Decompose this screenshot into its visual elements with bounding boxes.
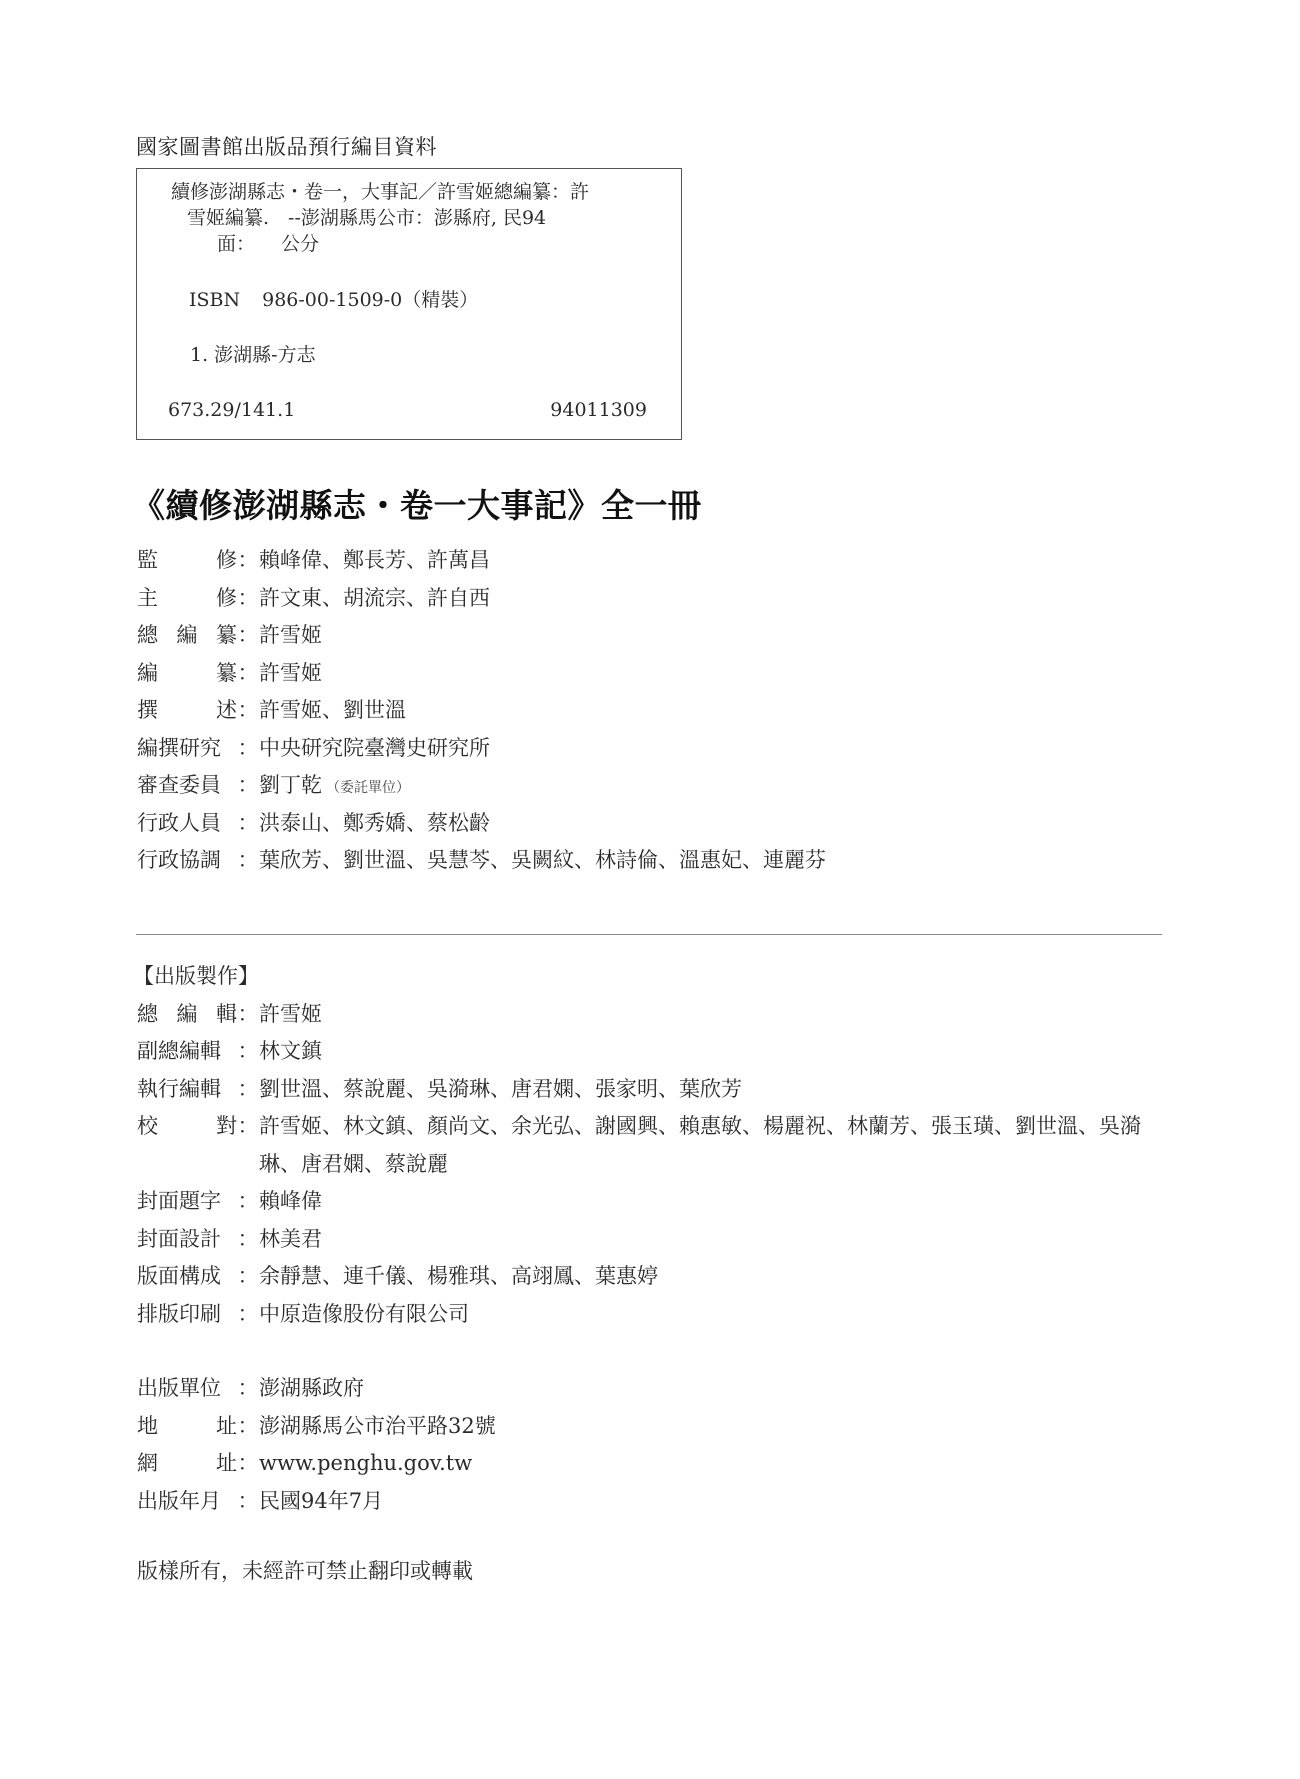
cip-record-number: 94011309	[550, 397, 647, 423]
credit-row-publisher: 出版單位 ： 澎湖縣政府	[137, 1370, 1179, 1408]
credit-value: 葉欣芳、劉世溫、吳慧芩、吳闕紋、林詩倫、溫惠妃、連麗芬	[259, 842, 1179, 880]
credit-value: 澎湖縣政府	[259, 1370, 1179, 1408]
copyright-notice: 版樣所有，未經許可禁止翻印或轉載	[137, 1556, 473, 1586]
credit-row-printing: 排版印刷 ： 中原造像股份有限公司	[137, 1296, 1179, 1334]
credit-row-chief-editors: 主修 ： 許文東、胡流宗、許自西	[137, 580, 1179, 618]
credit-value: 許雪姬	[259, 655, 1179, 693]
publisher-info: 出版單位 ： 澎湖縣政府 地址 ： 澎湖縣馬公市治平路32號 網址 ： www.…	[137, 1370, 1179, 1520]
credit-row-proofreaders: 校對 ： 許雪姬、林文鎮、顏尚文、余光弘、謝國興、賴惠敏、楊麗祝、林蘭芳、張玉璜…	[137, 1108, 1179, 1183]
credit-note: （委託單位）	[326, 780, 410, 796]
credit-label: 編纂	[137, 655, 237, 693]
section-divider	[136, 934, 1162, 935]
credit-label: 行政協調	[137, 842, 237, 880]
credit-label: 副總編輯	[137, 1033, 237, 1071]
credit-value: 劉丁乾（委託單位）	[259, 767, 1179, 808]
credits-main: 監修 ： 賴峰偉、鄭長芳、許萬昌 主修 ： 許文東、胡流宗、許自西 總編纂 ： …	[137, 542, 1179, 880]
credit-row-supervisors: 監修 ： 賴峰偉、鄭長芳、許萬昌	[137, 542, 1179, 580]
credit-row-website: 網址 ： www.penghu.gov.tw	[137, 1445, 1179, 1483]
cip-pages-label: 面：	[217, 233, 255, 255]
credit-value: 許雪姬	[259, 996, 1179, 1034]
credit-row-reviewer: 審查委員 ： 劉丁乾（委託單位）	[137, 767, 1179, 805]
credit-label: 總編纂	[137, 617, 237, 655]
credit-row-research: 編撰研究 ： 中央研究院臺灣史研究所	[137, 730, 1179, 768]
cip-title-line-3: 面：公分	[217, 231, 319, 257]
credit-value: 中原造像股份有限公司	[259, 1296, 1179, 1334]
credit-label: 出版年月	[137, 1483, 237, 1521]
isbn-label: ISBN	[189, 289, 240, 311]
credit-label: 封面設計	[137, 1221, 237, 1259]
credit-value: 澎湖縣馬公市治平路32號	[259, 1408, 1179, 1446]
credit-label: 封面題字	[137, 1183, 237, 1221]
credit-value: 許雪姬、劉世溫	[259, 692, 1179, 730]
credit-value: 許文東、胡流宗、許自西	[259, 580, 1179, 618]
credit-label: 撰述	[137, 692, 237, 730]
website-link[interactable]: www.penghu.gov.tw	[259, 1445, 1179, 1483]
cip-classification: 673.29/141.1	[168, 397, 295, 423]
credit-row-cover-calligraphy: 封面題字 ： 賴峰偉	[137, 1183, 1179, 1221]
credit-row-administrative-staff: 行政人員 ： 洪泰山、鄭秀嬌、蔡松齡	[137, 805, 1179, 843]
credit-label: 執行編輯	[137, 1071, 237, 1109]
credit-row-general-compiler: 總編纂 ： 許雪姬	[137, 617, 1179, 655]
production-credits: 【出版製作】 總編輯 ： 許雪姬 副總編輯 ： 林文鎮 執行編輯 ： 劉世溫、蔡…	[137, 958, 1179, 1333]
credit-label: 監修	[137, 542, 237, 580]
credit-value: 許雪姬、林文鎮、顏尚文、余光弘、謝國興、賴惠敏、楊麗祝、林蘭芳、張玉璜、劉世溫、…	[259, 1108, 1179, 1183]
credit-value: 中央研究院臺灣史研究所	[259, 730, 1179, 768]
cip-record-box: 續修澎湖縣志・卷一，大事記／許雪姬總編纂：許 雪姬編纂. --澎湖縣馬公市：澎縣…	[136, 168, 682, 440]
credit-row-executive-editors: 執行編輯 ： 劉世溫、蔡說麗、吳漪琳、唐君嫻、張家明、葉欣芳	[137, 1071, 1179, 1109]
credit-value: 洪泰山、鄭秀嬌、蔡松齡	[259, 805, 1179, 843]
credit-row-administrative-coordination: 行政協調 ： 葉欣芳、劉世溫、吳慧芩、吳闕紋、林詩倫、溫惠妃、連麗芬	[137, 842, 1179, 880]
book-title: 《續修澎湖縣志・卷一大事記》全一冊	[132, 484, 702, 528]
credit-row-editor-in-chief: 總編輯 ： 許雪姬	[137, 996, 1179, 1034]
cip-title-line-2: 雪姬編纂. --澎湖縣馬公市：澎縣府, 民94	[187, 205, 546, 231]
credit-label: 地址	[137, 1408, 237, 1446]
credit-label: 版面構成	[137, 1258, 237, 1296]
credit-label: 行政人員	[137, 805, 237, 843]
credit-label: 主修	[137, 580, 237, 618]
credit-row-layout: 版面構成 ： 余靜慧、連千儀、楊雅琪、高翊鳳、葉惠婷	[137, 1258, 1179, 1296]
credit-row-authors: 撰述 ： 許雪姬、劉世溫	[137, 692, 1179, 730]
cip-subject: 1. 澎湖縣-方志	[190, 342, 316, 368]
credit-value: 林美君	[259, 1221, 1179, 1259]
credit-value: 林文鎮	[259, 1033, 1179, 1071]
production-heading: 【出版製作】	[133, 958, 1179, 996]
credit-value: 許雪姬	[259, 617, 1179, 655]
credit-row-publication-date: 出版年月 ： 民國94年7月	[137, 1483, 1179, 1521]
credit-label: 校對	[137, 1108, 237, 1146]
copyright-page: 國家圖書館出版品預行編目資料 續修澎湖縣志・卷一，大事記／許雪姬總編纂：許 雪姬…	[0, 0, 1300, 1779]
cip-isbn: ISBN986-00-1509-0（精裝）	[189, 287, 478, 313]
cip-size-label: 公分	[281, 233, 319, 255]
credit-label: 網址	[137, 1445, 237, 1483]
credit-value: 劉世溫、蔡說麗、吳漪琳、唐君嫻、張家明、葉欣芳	[259, 1071, 1179, 1109]
credit-label: 編撰研究	[137, 730, 237, 768]
credit-label: 排版印刷	[137, 1296, 237, 1334]
credit-row-compiler: 編纂 ： 許雪姬	[137, 655, 1179, 693]
credit-row-address: 地址 ： 澎湖縣馬公市治平路32號	[137, 1408, 1179, 1446]
cip-title-line-1: 續修澎湖縣志・卷一，大事記／許雪姬總編纂：許	[171, 179, 589, 205]
credit-value: 余靜慧、連千儀、楊雅琪、高翊鳳、葉惠婷	[259, 1258, 1179, 1296]
credit-label: 出版單位	[137, 1370, 237, 1408]
credit-value: 民國94年7月	[259, 1483, 1179, 1521]
credit-label: 總編輯	[137, 996, 237, 1034]
isbn-value: 986-00-1509-0（精裝）	[262, 289, 478, 311]
credit-label: 審查委員	[137, 767, 237, 805]
credit-value: 賴峰偉	[259, 1183, 1179, 1221]
credit-value: 賴峰偉、鄭長芳、許萬昌	[259, 542, 1179, 580]
credit-row-deputy-editor: 副總編輯 ： 林文鎮	[137, 1033, 1179, 1071]
cip-heading: 國家圖書館出版品預行編目資料	[136, 132, 437, 162]
credit-row-cover-design: 封面設計 ： 林美君	[137, 1221, 1179, 1259]
